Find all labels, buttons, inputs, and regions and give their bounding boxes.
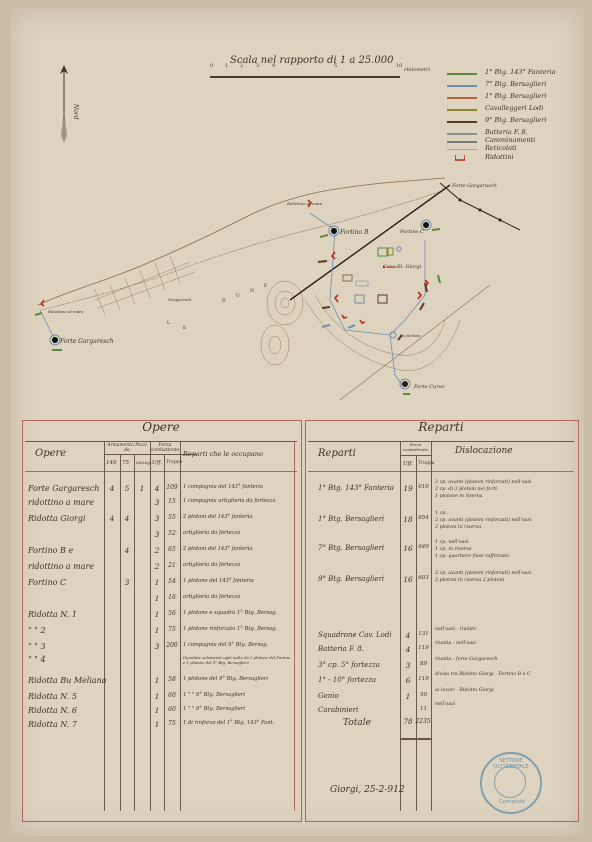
- ufficiali-cell: 2: [150, 562, 164, 571]
- col-header-uff-r: Uff.: [403, 461, 413, 467]
- reparti-cell: 1 plotone del 143° fanteria: [183, 578, 254, 584]
- opera-cell: Ridotta N. 7: [28, 720, 77, 729]
- truppa-cell: 610: [416, 484, 431, 490]
- reparti-cell: artiglieria da fortezza: [183, 562, 240, 568]
- armamento-75-cell: 5: [120, 484, 134, 493]
- truppa-cell: 131: [416, 631, 431, 637]
- dislocazione-cell: 1 cp.: [435, 511, 447, 516]
- reparti-cell: 1 compagnia del 9° Btg. Bersag.: [183, 642, 268, 648]
- reparti-cell: 1 " " 9° Btg. Bersaglieri: [183, 706, 245, 712]
- ufficiali-cell: 3: [150, 530, 164, 539]
- reparti-cell: 2 plotoni del 143° fanteria: [183, 546, 253, 552]
- ufficiali-cell: 1: [400, 692, 416, 701]
- col-header-149: 149: [106, 460, 117, 466]
- armamento-75-cell: 3: [120, 578, 134, 587]
- opera-cell: Forte Gargaresch: [28, 484, 99, 493]
- dislocazione-cell: nell'oasi: [435, 702, 455, 707]
- legend-item: Reticolati: [447, 144, 577, 153]
- legend-item: Camminamenti: [447, 136, 577, 144]
- truppa-cell: 50: [416, 692, 431, 698]
- reparto-cell: Carabinieri: [318, 706, 358, 714]
- ufficiali-cell: 1: [150, 610, 164, 619]
- legend-item: 7° Btg. Bersaglieri: [447, 80, 577, 92]
- svg-text:Ridottino al mare: Ridottino al mare: [47, 309, 84, 314]
- legend-item: Cavalleggeri Lodi: [447, 104, 577, 116]
- dislocazione-cell: 1 plotone in riserva: [435, 494, 482, 499]
- map-drawing: Forte Gargaresch Ridottino al mare Ridot…: [20, 160, 580, 400]
- col-header-truppa: Truppa: [166, 460, 183, 465]
- truppa-cell: 54: [164, 578, 180, 585]
- reparti-cell: 1 compagnia artiglieria da fortezza: [183, 498, 276, 504]
- ufficiali-cell: 4: [150, 484, 164, 493]
- armamento-75-cell: 4: [120, 514, 134, 523]
- opera-cell: Ridotta N. 6: [28, 706, 77, 715]
- col-header-reparti: Reparti che le occupano: [183, 450, 263, 458]
- dislocazione-cell: 2 cp. avanti (plotoni rinforzati) nell'o…: [435, 571, 531, 576]
- truppa-cell: 15: [164, 498, 180, 505]
- truppa-cell: 11: [416, 706, 431, 712]
- dislocazione-cell: 2 cp. avanti (plotoni rinforzati) nell'o…: [435, 480, 531, 485]
- opera-cell: Fortino B e: [28, 546, 73, 555]
- svg-text:Fortino C: Fortino C: [399, 229, 424, 235]
- ufficiali-cell: 1: [150, 626, 164, 635]
- dislocazione-cell: 1 cp. nell'oasi: [435, 540, 468, 545]
- armamento-149-cell: 4: [104, 484, 120, 493]
- ufficiali-cell: 1: [150, 676, 164, 685]
- dislocazione-cell: 1 cp. quartiere fisso rafforzato: [435, 554, 509, 559]
- opera-cell: " " 4: [28, 655, 46, 664]
- truppa-cell: 200: [164, 642, 180, 649]
- legend-item: 1° Btg. Bersaglieri: [447, 92, 577, 104]
- col-header-forza-r: Forza combattente: [400, 442, 431, 452]
- scale-tick: 5: [334, 63, 337, 69]
- ufficiali-cell: 1: [150, 692, 164, 701]
- col-header-opera: Opere: [35, 448, 66, 459]
- dislocazione-cell: 2 cp. di 3 plotoni nei forti: [435, 487, 497, 492]
- armamento-75-cell: 4: [120, 546, 134, 555]
- col-header-forza: Forza combattente: [150, 443, 180, 453]
- col-header-uff: Uff.: [152, 460, 162, 466]
- col-header-armamento: Armamento Pezzi da: [104, 443, 150, 453]
- reparti-cell: 1 plotone e squadra 1° Btg. Bersag.: [183, 610, 277, 616]
- truppa-cell: 75: [164, 720, 180, 727]
- truppa-cell: 55: [164, 514, 180, 521]
- truppa-cell: 109: [164, 484, 180, 491]
- ufficiali-cell: 2: [150, 546, 164, 555]
- truppa-cell: 119: [416, 676, 431, 682]
- reparti-cell: 1 compagnia del 143° fanteria: [183, 484, 263, 490]
- ufficiali-cell: 4: [400, 631, 416, 640]
- svg-text:Bu Meliana: Bu Meliana: [399, 334, 420, 338]
- ufficiali-cell: 6: [400, 676, 416, 685]
- dislocazione-cell: riunita - nell'oasi: [435, 641, 476, 646]
- svg-text:Forte Curvo: Forte Curvo: [413, 384, 444, 390]
- north-arrow-icon: [58, 65, 70, 145]
- truppa-cell: 89: [416, 661, 431, 667]
- ufficiali-cell: 18: [400, 515, 416, 524]
- scale-tick: 4: [272, 63, 275, 69]
- scale-tick: 2: [240, 63, 243, 69]
- ufficiali-cell: 16: [400, 575, 416, 584]
- svg-text:D: D: [222, 298, 226, 304]
- legend-item: 9° Btg. Bersaglieri: [447, 116, 577, 128]
- svg-text:N: N: [250, 288, 254, 294]
- reparto-cell: 7° Btg. Bersaglieri: [318, 544, 384, 552]
- svg-text:E: E: [264, 283, 267, 289]
- total-label: Totale: [343, 718, 371, 728]
- col-header-mitragl: Mitragl.: [136, 460, 152, 465]
- document-date: Giorgi, 25-2-912: [330, 785, 405, 795]
- svg-text:L: L: [167, 320, 170, 326]
- opera-cell: " " 2: [28, 626, 46, 635]
- dislocazione-cell: riunita - forte Gargaresch: [435, 657, 498, 662]
- scale-bar: 0 1 2 3 4 5 10: [210, 70, 400, 78]
- truppa-cell: 60: [164, 692, 180, 699]
- col-header-75: 75: [122, 460, 129, 466]
- dislocazione-cell: 2 cp. avanti (plotoni rinforzati) nell'o…: [435, 518, 531, 523]
- reparto-cell: 3° cp. 5° fortezza: [318, 661, 380, 669]
- ufficiali-cell: 4: [400, 645, 416, 654]
- svg-text:Forte Gargarusch: Forte Gargarusch: [451, 183, 497, 189]
- dislocazione-cell: divisa tra Ridotta Giorgi - Fortino B e …: [435, 672, 531, 677]
- total-truppa: 2235: [415, 718, 431, 725]
- dislocazione-cell: ai lavori - Ridotta Giorgi: [435, 688, 494, 693]
- ufficiali-cell: 1: [150, 706, 164, 715]
- reparti-cell: 1 di rinforzo del 1° Btg. 143° Fant.: [183, 720, 274, 726]
- command-stamp: SETTORE OCCIDENTALE Comando: [480, 752, 542, 814]
- opera-cell: Ridotta Bu Meliana: [28, 676, 107, 685]
- opere-title: Opere: [22, 420, 300, 434]
- col-header-dislocazione: Dislocazione: [455, 446, 513, 456]
- reparti-cell: artiglieria da fortezza: [183, 594, 240, 600]
- north-label: Nord: [72, 104, 79, 120]
- reparti-cell: Guardate solamente ogni notte da 1 ploto…: [183, 655, 293, 665]
- reparto-cell: 1° - 10° fortezza: [318, 676, 376, 684]
- truppa-cell: 65: [164, 546, 180, 553]
- reparti-cell: 2 plotoni del 143° fanteria: [183, 514, 253, 520]
- truppa-cell: 75: [164, 626, 180, 633]
- dislocazione-cell: nell'oasi - riunito: [435, 627, 476, 632]
- opera-cell: ridottino a mare: [28, 498, 94, 507]
- dislocazione-cell: 1 cp. in riserva: [435, 547, 472, 552]
- ufficiali-cell: 1: [150, 594, 164, 603]
- svg-text:E: E: [183, 325, 186, 331]
- truppa-cell: 56: [164, 610, 180, 617]
- opera-cell: " " 3: [28, 642, 46, 651]
- scale-title: Scala nel rapporto di 1 a 25.000: [230, 55, 394, 66]
- ufficiali-cell: 1: [150, 720, 164, 729]
- reparti-cell: 1 plotone del 9° Btg. Bersaglieri: [183, 676, 268, 682]
- svg-text:Forte Gargaresch: Forte Gargaresch: [59, 338, 114, 345]
- dislocazione-cell: 2 plotoni in riserva: [435, 525, 481, 530]
- mitragliatrici-cell: 1: [134, 484, 150, 493]
- armamento-149-cell: 4: [104, 514, 120, 523]
- opera-cell: Ridotta N. 5: [28, 692, 77, 701]
- scale-tick: 3: [256, 63, 259, 69]
- scale-tick: 0: [210, 63, 213, 69]
- opera-cell: Fortino C: [28, 578, 66, 587]
- ufficiali-cell: 3: [150, 642, 164, 651]
- legend-item: Batteria F. 8.: [447, 128, 577, 136]
- truppa-cell: 649: [416, 544, 431, 550]
- reparti-cell: 1 plotone rinforzato 1° Btg. Bersag.: [183, 626, 277, 632]
- ufficiali-cell: 19: [400, 484, 416, 493]
- ufficiali-cell: 3: [150, 514, 164, 523]
- truppa-cell: 58: [164, 676, 180, 683]
- svg-text:Comando: Comando: [386, 266, 398, 269]
- ufficiali-cell: 3: [400, 661, 416, 670]
- svg-text:Fortino B: Fortino B: [339, 229, 369, 236]
- ufficiali-cell: 1: [150, 578, 164, 587]
- reparti-title: Reparti: [305, 420, 577, 434]
- truppa-cell: 654: [416, 515, 431, 521]
- ufficiali-cell: 16: [400, 544, 416, 553]
- opere-table: [22, 420, 302, 822]
- reparti-cell: artiglieria da fortezza: [183, 530, 240, 536]
- crest-icon: [494, 766, 526, 798]
- reparto-cell: Batteria F. 8.: [318, 645, 364, 653]
- col-header-reparti-r: Reparti: [318, 448, 356, 459]
- truppa-cell: 60: [164, 706, 180, 713]
- truppa-cell: 16: [164, 594, 180, 601]
- reparti-cell: 1 " " 9° Btg. Bersaglieri: [183, 692, 245, 698]
- legend: 1° Btg. 143° Fanteria 7° Btg. Bersaglier…: [447, 68, 577, 165]
- reparto-cell: 1° Btg. Bersaglieri: [318, 515, 384, 523]
- legend-item: 1° Btg. 143° Fanteria: [447, 68, 577, 80]
- total-uff: 78: [401, 718, 415, 726]
- scale-tick: 10: [396, 63, 402, 69]
- opera-cell: ridottino a mare: [28, 562, 94, 571]
- reparto-cell: Squadrone Cav. Lodi: [318, 631, 392, 639]
- dislocazione-cell: 2 plotoni in riserva 2 plotoni: [435, 578, 504, 583]
- truppa-cell: 52: [164, 530, 180, 537]
- reparto-cell: 1° Btg. 143° Fanteria: [318, 484, 394, 492]
- truppa-cell: 603: [416, 575, 431, 581]
- opera-cell: Ridotta N. 1: [28, 610, 77, 619]
- svg-text:Gargaresch: Gargaresch: [168, 297, 192, 302]
- scale-unit: chilometri: [404, 67, 430, 73]
- scale-tick: 1: [225, 63, 228, 69]
- svg-text:Ridottino al mare: Ridottino al mare: [286, 201, 323, 206]
- opera-cell: Ridotta Giorgi: [28, 514, 86, 523]
- truppa-cell: 21: [164, 562, 180, 569]
- reparto-cell: Genio: [318, 692, 339, 700]
- svg-text:U: U: [236, 293, 240, 299]
- ufficiali-cell: 3: [150, 498, 164, 507]
- reparto-cell: 9° Btg. Bersaglieri: [318, 575, 384, 583]
- truppa-cell: 119: [416, 645, 431, 651]
- col-header-truppa-r: Truppa: [418, 461, 435, 466]
